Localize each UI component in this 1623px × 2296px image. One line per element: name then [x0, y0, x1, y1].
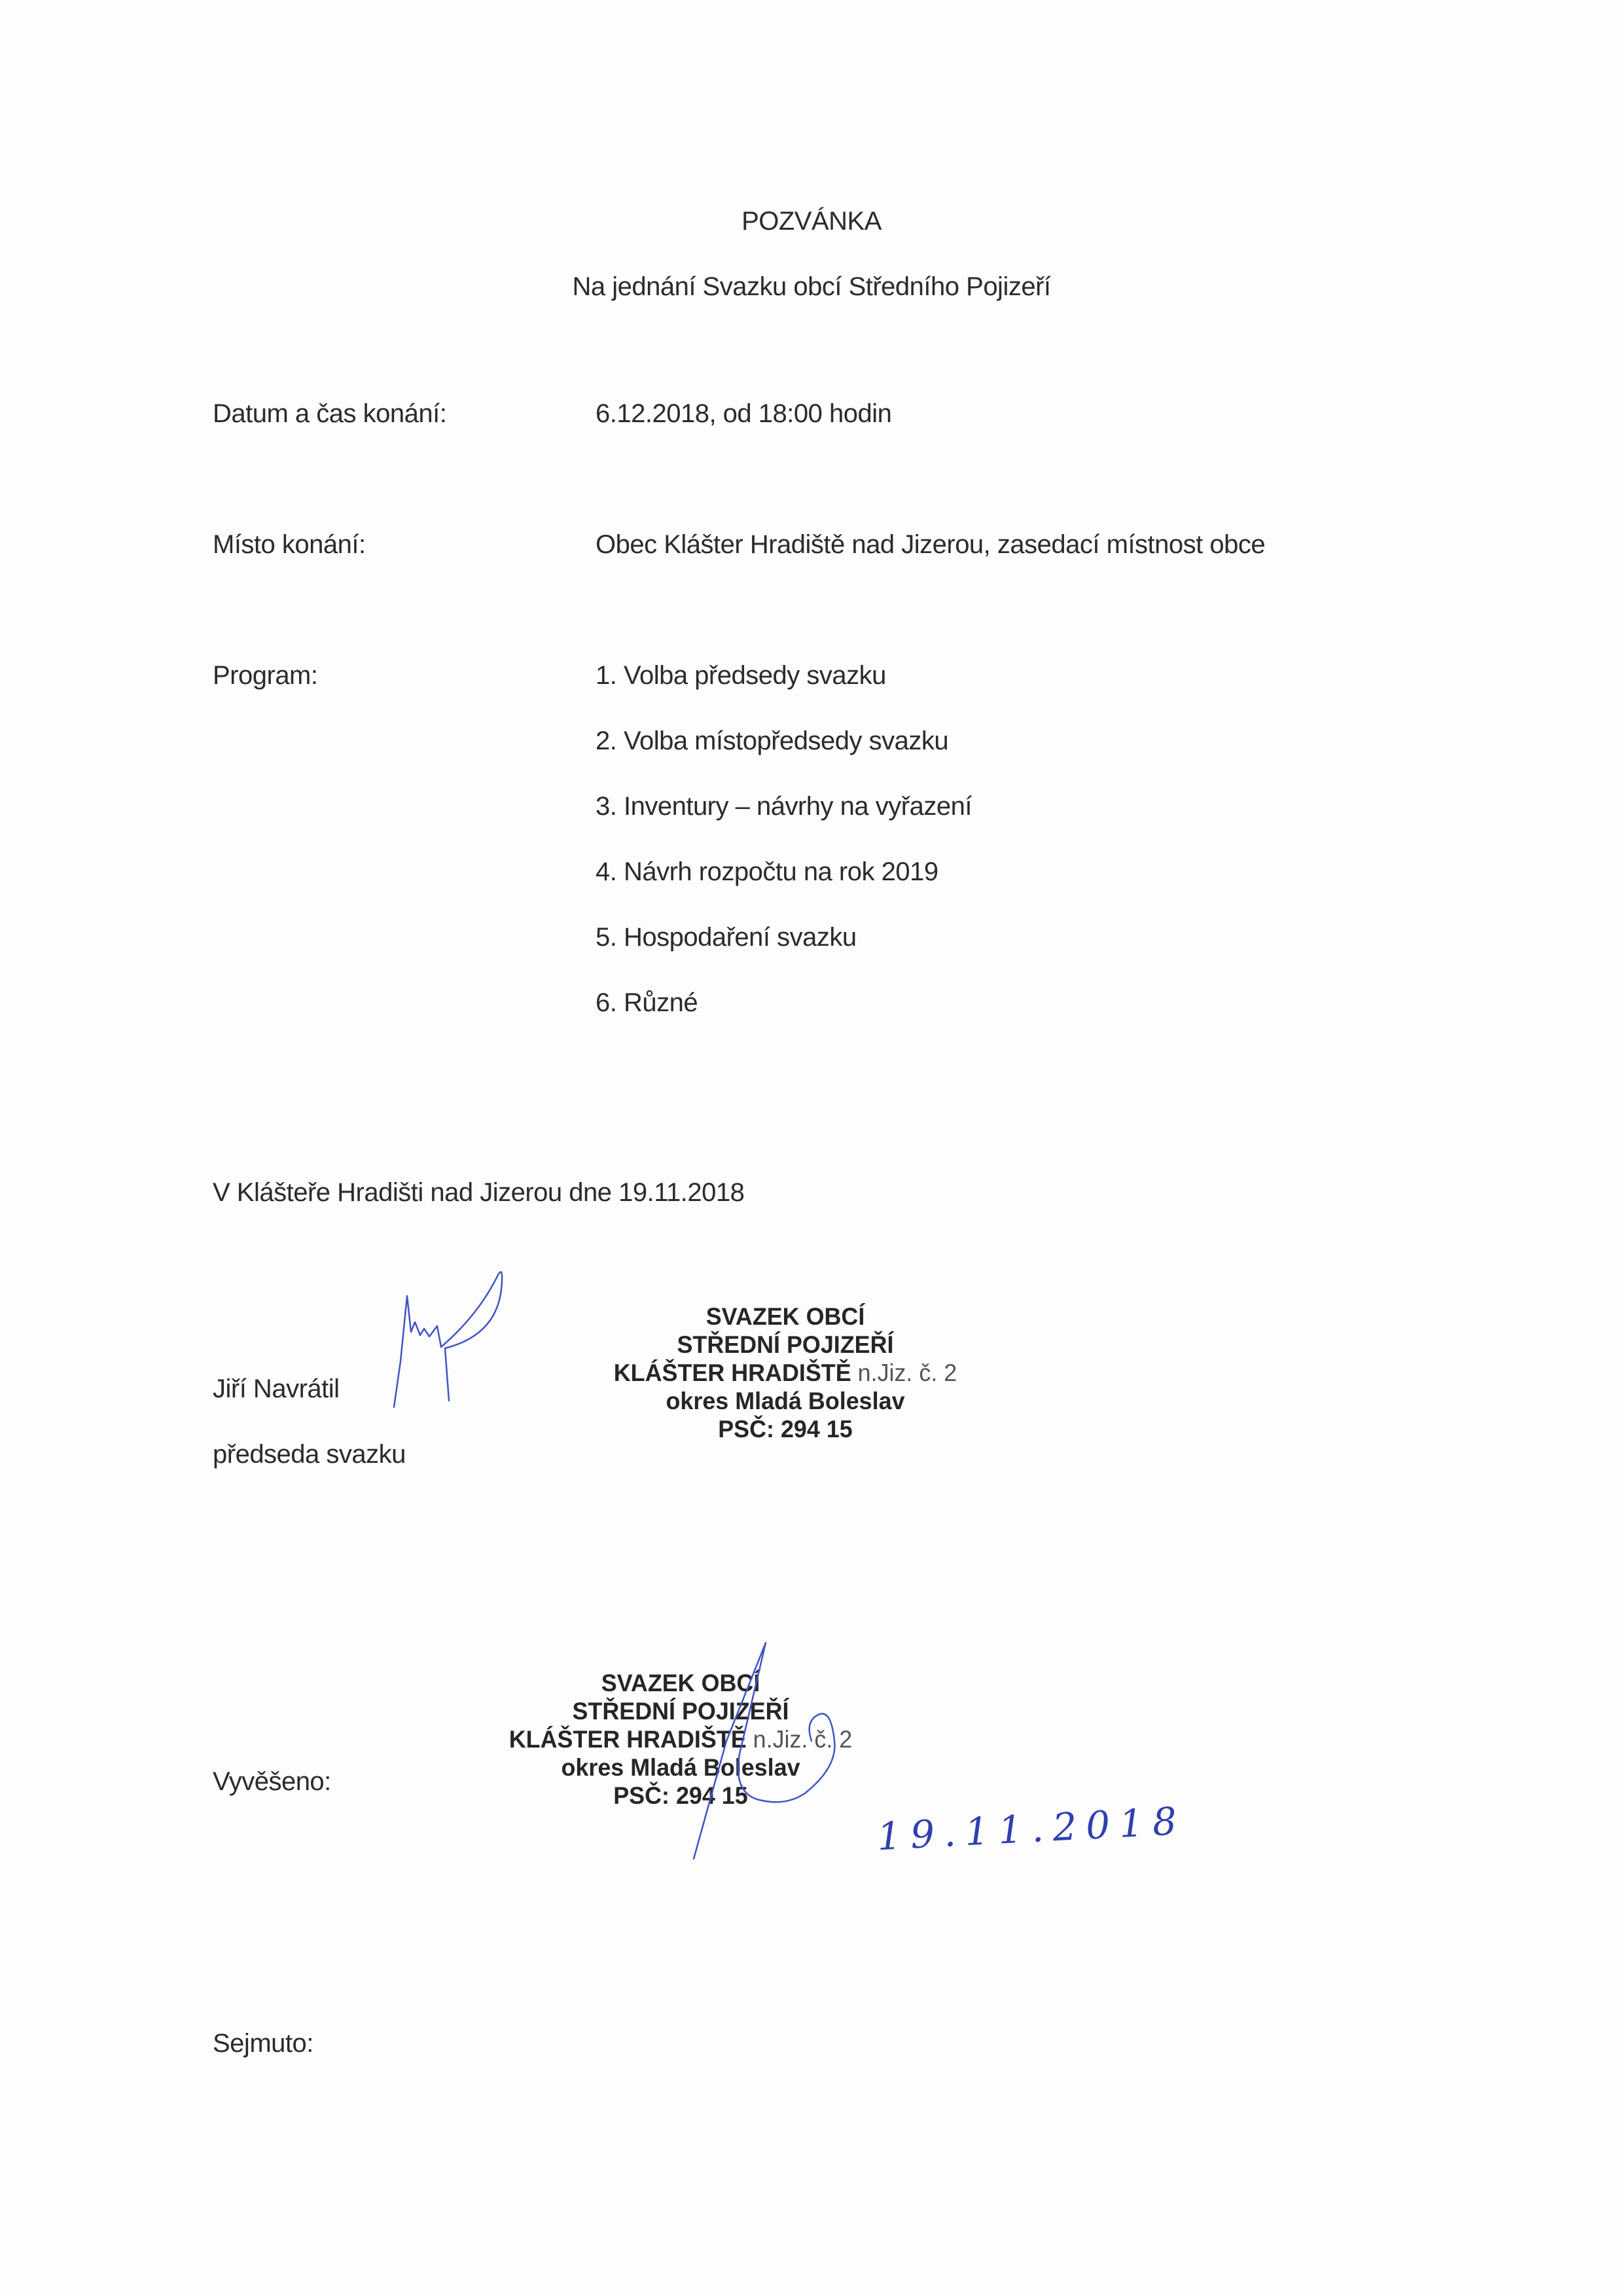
program-label: Program: — [213, 662, 318, 689]
document-subtitle: Na jednání Svazku obcí Středního Pojizeř… — [0, 274, 1623, 300]
document-title: POZVÁNKA — [0, 208, 1623, 234]
signatory-role: předseda svazku — [213, 1441, 406, 1467]
date-label: Datum a čas konání: — [213, 401, 446, 427]
signature-icon — [386, 1263, 543, 1414]
program-item: 1. Volba předsedy svazku — [596, 662, 886, 689]
issued-line: V Klášteře Hradišti nad Jizerou dne 19.1… — [213, 1179, 744, 1206]
posted-label: Vyvěšeno: — [213, 1768, 331, 1795]
stamp-line: SVAZEK OBCÍ — [569, 1302, 1001, 1331]
removed-label: Sejmuto: — [213, 2030, 313, 2056]
place-value: Obec Klášter Hradiště nad Jizerou, zased… — [596, 531, 1265, 558]
stamp-line: n.Jiz. č. 2 — [858, 1359, 957, 1386]
stamp-line: STŘEDNÍ POJIZEŘÍ — [569, 1331, 1001, 1359]
date-value: 6.12.2018, od 18:00 hodin — [596, 401, 891, 427]
stamp-line: okres Mladá Boleslav — [569, 1387, 1001, 1415]
signatory-name: Jiří Navrátil — [213, 1376, 340, 1402]
organization-stamp: SVAZEK OBCÍ STŘEDNÍ POJIZEŘÍ KLÁŠTER HRA… — [569, 1302, 1001, 1443]
program-item: 4. Návrh rozpočtu na rok 2019 — [596, 859, 938, 885]
posting-signature-icon — [687, 1636, 897, 1865]
place-label: Místo konání: — [213, 531, 366, 558]
handwritten-posted-date: 19.11.2018 — [876, 1799, 1187, 1859]
program-item: 3. Inventury – návrhy na vyřazení — [596, 793, 972, 819]
stamp-line: PSČ: 294 15 — [569, 1415, 1001, 1443]
program-item: 6. Různé — [596, 990, 698, 1016]
program-item: 2. Volba místopředsedy svazku — [596, 728, 948, 754]
stamp-line: KLÁŠTER HRADIŠTĚ — [614, 1359, 851, 1386]
program-item: 5. Hospodaření svazku — [596, 924, 857, 950]
